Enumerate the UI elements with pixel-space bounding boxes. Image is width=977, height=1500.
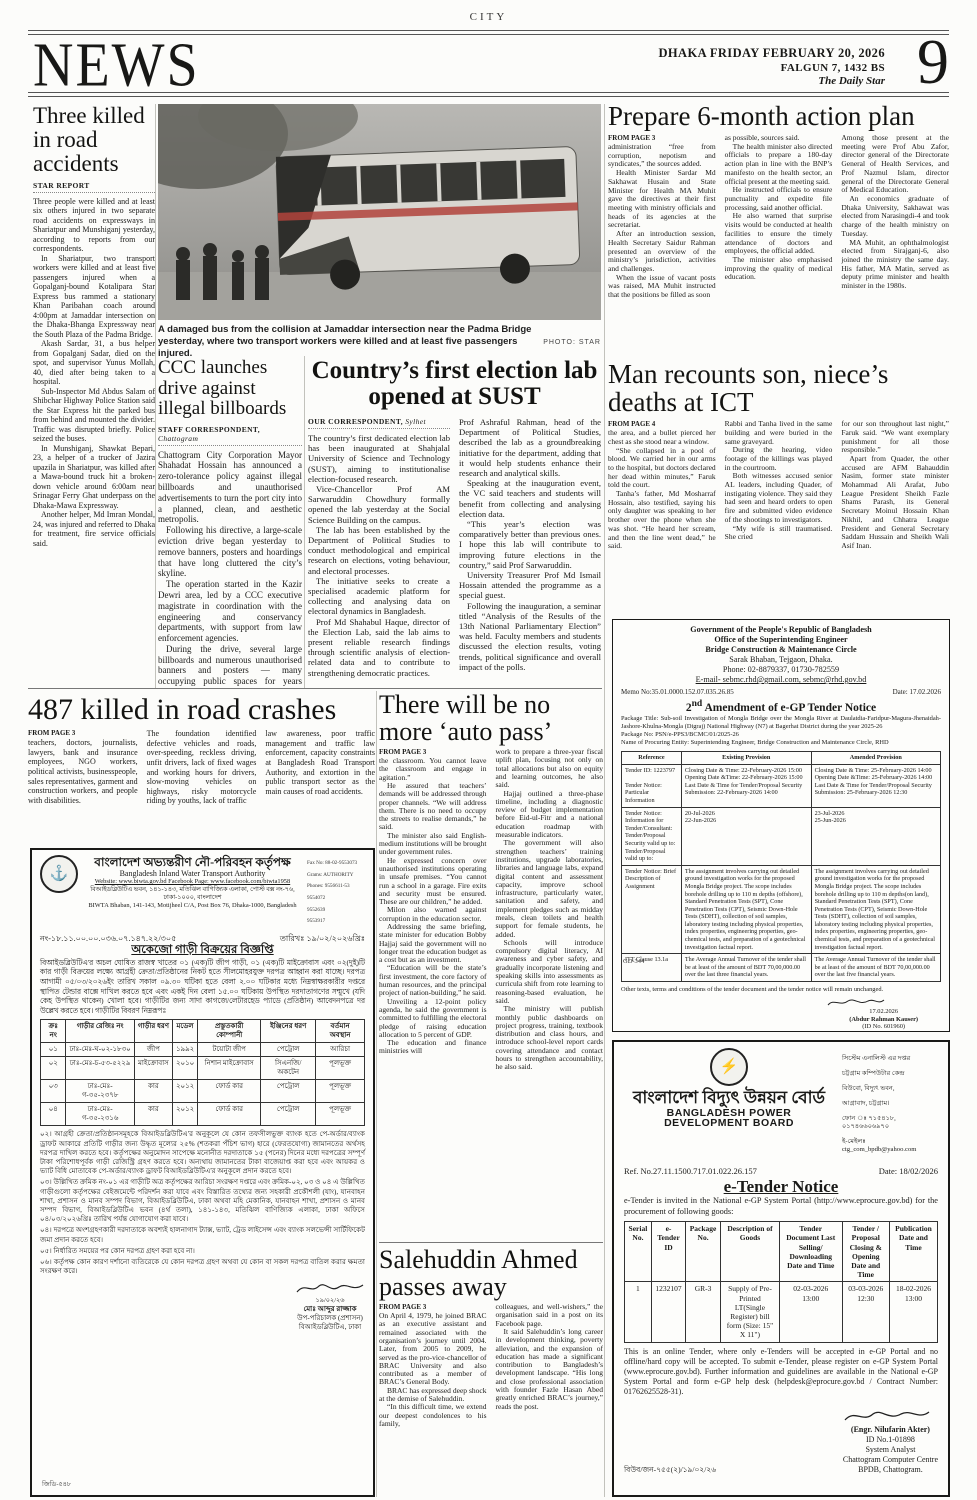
paragraph: The ministry will publish monthly public… xyxy=(496,1005,604,1071)
paragraph: The minister also said English-medium in… xyxy=(379,832,487,857)
article-column: for our son throughout last night,” Faru… xyxy=(841,420,949,551)
paragraph: Health Minister Sardar Md Sakhawat Husai… xyxy=(608,169,716,230)
paragraph: The minister also emphasised improving t… xyxy=(725,256,833,282)
table-cell: ঢাঃ-মেঃ-ঘ-০২-১৮৩০ xyxy=(66,1043,134,1057)
article-body: as possible, sources said.The health min… xyxy=(725,134,833,282)
notice-title: e-Tender Notice xyxy=(624,1182,938,1192)
paragraph: administration “free from corruption, ne… xyxy=(608,143,716,169)
article-body: for our son throughout last night,” Faru… xyxy=(841,420,949,551)
article-column: Prof Ashraful Rahman, head of the Depart… xyxy=(459,417,601,672)
article-column: The foundation identified defective vehi… xyxy=(147,729,257,806)
article-body: Three people were killed and at least si… xyxy=(33,197,155,549)
article-body: teachers, doctors, journalists, lawyers,… xyxy=(28,738,138,805)
org-name-en: BANGLADESH POWER DEVELOPMENT BOARD xyxy=(624,1108,834,1128)
paragraph: ০৬। কর্তৃপক্ষ কোন কারণ দর্শানো ব্যতিরেকে… xyxy=(40,1258,365,1276)
paragraph: ই-মেইলঃ ctg_com_bpdb@yahoo.com xyxy=(842,1138,938,1155)
paragraph: “This year’s election was comparatively … xyxy=(459,519,601,570)
signatory-office: Chattogram Computer Centre xyxy=(843,1455,938,1465)
goods-table: Serial No.e-Tender IDPackage No.Descript… xyxy=(624,1221,938,1342)
paragraph: Grams: AUTHORITY xyxy=(307,872,365,878)
headline: Country’s first election lab opened at S… xyxy=(308,358,601,410)
table-cell: 02-03-202613:00 xyxy=(779,1282,842,1342)
table-cell: 18-02-202613:00 xyxy=(889,1282,937,1342)
egp-amendment-notice: Government of the People's Republic of B… xyxy=(612,619,950,1032)
paragraph: Among those present at the meeting were … xyxy=(841,134,949,195)
paragraph: The foundation identified defective vehi… xyxy=(147,729,257,806)
paragraph: “In this difficult time, we extend our d… xyxy=(379,1403,487,1428)
table-header-cell: Tender / Proposal Closing & Opening Date… xyxy=(842,1222,889,1282)
signatory-id: (ID No. 601960) xyxy=(826,1023,941,1031)
table-cell: ০১ xyxy=(41,1043,66,1057)
headline: Prepare 6-month action plan xyxy=(608,102,949,130)
signatory-role: Superintending Engineer, RHD (C.C) xyxy=(826,1031,941,1032)
paragraph: work to prepare a three-year fiscal upli… xyxy=(496,748,604,789)
caption-text: A damaged bus from the collision at Jama… xyxy=(158,324,531,359)
memo-date: তারিখঃ ১৯/০২/২০২৬খ্রিঃ xyxy=(280,934,365,943)
paragraph: “My wife is still traumatised. She cried xyxy=(725,525,833,542)
paragraph: 9553917 xyxy=(307,918,365,924)
org-contact-block: Fax No: 88-02-9553073Grams: AUTHORITYPho… xyxy=(307,855,365,930)
byline-text: STAFF CORRESPONDENT, xyxy=(158,425,260,434)
signature-date: ১৯/০২/২৬ xyxy=(295,1296,365,1305)
article-three-killed: Three killed in road accidents STAR REPO… xyxy=(33,104,155,690)
paragraph: Akash Sardar, 31, a bus helper from Gopa… xyxy=(33,339,155,387)
conditions-list: ০২। আগ্রহী ক্রেতা/প্রতিষ্ঠানসমূহকে বিআইড… xyxy=(40,1130,365,1276)
article-column: FROM PAGE 3 the classroom. You cannot le… xyxy=(379,748,487,1056)
signature-scribble xyxy=(826,996,886,1008)
paragraph: He expressed concern over unauthorised i… xyxy=(379,857,487,907)
paragraph: He instructed officials to ensure punctu… xyxy=(725,186,833,212)
unchanged-note: Other texts, terms and conditions of the… xyxy=(621,986,941,994)
article-body: administration “free from corruption, ne… xyxy=(608,143,716,300)
table-row: 11232107GR-3Supply of Pre-Printed LT(Sin… xyxy=(625,1282,938,1342)
table-cell: কার xyxy=(134,1080,172,1103)
paragraph: আগ্রাবাদ, চট্টগ্রাম। xyxy=(842,1100,938,1108)
paragraph: “She collapsed in a pool of blood. We ca… xyxy=(608,447,716,491)
table-cell: ২০১২ xyxy=(172,1103,197,1126)
article-body: Rabbi and Tanha lived in the same buildi… xyxy=(725,420,833,542)
org-address-bn: বিআইডব্লিউটিএ ভবন, ১৪১-১৪৩, মতিঝিল বাণিজ… xyxy=(84,886,301,902)
table-cell: Tender Notice: Information for Tender/Co… xyxy=(622,807,682,865)
paragraph: Following the inauguration, a seminar ti… xyxy=(459,601,601,672)
online-tender-note: This is an online Tender, where only e-T… xyxy=(624,1347,938,1397)
table-row: ITT Clause 13.1aThe Average Annual Turno… xyxy=(622,954,941,982)
article-auto-pass: There will be no more ‘auto pass’ FROM P… xyxy=(379,691,603,1239)
table-header-cell: মডেল xyxy=(172,1020,197,1043)
package-number: Package No: PSN/e-PPS3/BCMC/01/2025-26 xyxy=(621,731,941,739)
office-line: Office of the Superintending Engineer xyxy=(621,635,941,645)
table-cell: The assignment involves carrying out det… xyxy=(681,865,811,954)
paragraph: teachers, doctors, journalists, lawyers,… xyxy=(28,738,138,805)
memo-number: Memo No:35.01.0000.152.07.035.26.85 xyxy=(621,688,734,697)
paragraph: colleagues, and well-wishers,” the organ… xyxy=(496,1303,604,1328)
column-rule xyxy=(604,104,605,1497)
headline: Salehuddin Ahmed passes away xyxy=(379,1246,603,1300)
article-column: colleagues, and well-wishers,” the organ… xyxy=(496,1303,604,1411)
paragraph: When the issue of vacant posts was raise… xyxy=(608,274,716,300)
table-header-cell: Existing Provision xyxy=(681,752,811,765)
article-body: Among those present at the meeting were … xyxy=(841,134,949,291)
article-ccc-billboards: CCC launches drive against illegal billb… xyxy=(158,358,302,688)
section-rule xyxy=(379,1242,603,1243)
table-header-cell: প্রস্তুতকারী কোম্পানী xyxy=(198,1020,261,1043)
photo-credit: PHOTO: STAR xyxy=(543,337,601,349)
paragraph: ০৪। দরপত্রে অংশগ্রহণকারী দরদাতাকে অবশ্যই… xyxy=(40,1226,365,1244)
paragraph: the classroom. You cannot leave the clas… xyxy=(379,757,487,782)
paragraph: Prof Md Shahabul Haque, director of the … xyxy=(308,617,450,678)
table-cell: Tender ID: 1223797Tender Notice: Particu… xyxy=(622,764,682,807)
table-row: ০২ঢাঃ-মেঃ-চ-৫৩-৫২২৯মাইক্রোবাস২০১০নিশান ম… xyxy=(41,1057,365,1080)
paragraph: It said Salehuddin’s long career in deve… xyxy=(496,1328,604,1411)
continued-from: FROM PAGE 3 xyxy=(608,134,716,142)
ref-date: Date: 18/02/2026 xyxy=(879,1166,938,1176)
paragraph: The government will also strengthen teac… xyxy=(496,839,604,939)
table-header-cell: Publication Date and Time xyxy=(889,1222,937,1282)
paragraph: The operation started in the Kazir Dewri… xyxy=(158,579,302,644)
article-column: law awareness, poor traffic management a… xyxy=(265,729,375,796)
paragraph: the area, and a bullet pierced her chest… xyxy=(608,429,716,446)
circle-line: Bridge Construction & Maintenance Circle xyxy=(621,645,941,655)
paragraph: ০৩। উল্লিখিত ক্রমিক নং-০১ এর গাড়ীটি অত্… xyxy=(40,1178,365,1224)
paragraph: MA Muhit, an ophthalmologist elected fro… xyxy=(841,239,949,291)
continued-from: FROM PAGE 4 xyxy=(608,420,716,428)
byline: STAFF CORRESPONDENT, Chattogram xyxy=(158,425,302,446)
anchor-icon: ⚓ xyxy=(50,870,69,879)
column-rule xyxy=(304,356,305,688)
article-body: work to prepare a three-year fiscal upli… xyxy=(496,748,604,1072)
gd-number: GD-344 xyxy=(623,958,644,967)
paragraph: Three people were killed and at least si… xyxy=(33,197,155,254)
paragraph: After an introduction session, Health Se… xyxy=(608,230,716,274)
table-cell: Supply of Pre-Printed LT(Single Register… xyxy=(720,1282,779,1342)
table-cell: ০৩ xyxy=(41,1080,66,1103)
paragraph: 9552639 xyxy=(307,907,365,913)
amendment-table: ReferenceExisting ProvisionAmended Provi… xyxy=(621,751,941,982)
column-rule xyxy=(376,691,377,1497)
paragraph: Sub-Inspector Md Abdus Salam of Shibchar… xyxy=(33,387,155,444)
paragraph: Addressing the same briefing, state mini… xyxy=(379,923,487,964)
gov-line: Government of the People's Republic of B… xyxy=(621,625,941,635)
paragraph: He also warned that surprise visits woul… xyxy=(725,212,833,256)
table-cell: ০৪ xyxy=(41,1103,66,1126)
article-election-lab: Country’s first election lab opened at S… xyxy=(308,358,601,688)
continued-from: FROM PAGE 3 xyxy=(28,729,138,737)
paragraph: “Education will be the state’s first inv… xyxy=(379,964,487,997)
table-cell: ফোর্ড কার xyxy=(198,1103,261,1126)
paragraph: Speaking at the inauguration event, the … xyxy=(459,478,601,519)
lightning-icon: ⚡ xyxy=(720,1062,739,1072)
paragraph: In Shariatpur, two transport workers wer… xyxy=(33,254,155,340)
table-header-cell: ইঞ্জিনের ধরণ xyxy=(261,1020,316,1043)
biwta-auction-notice: ⚓ বাংলাদেশ অভ্যন্তরীণ নৌ-পরিবহন কর্তৃপক্… xyxy=(30,848,375,1497)
notice-title: 2nd Amendment of e-GP Tender Notice xyxy=(621,700,941,712)
paragraph: Milon also warned against corruption in … xyxy=(379,906,487,923)
table-cell: ২০১২ xyxy=(172,1080,197,1103)
table-cell: পূলভূক্ত xyxy=(316,1057,365,1080)
table-cell: 1232107 xyxy=(651,1282,685,1342)
headline: There will be no more ‘auto pass’ xyxy=(379,691,603,745)
paragraph: During the drive, several large billboar… xyxy=(158,644,302,688)
table-row: ০৪ঢাঃ-মেঃ-গ-৩৫-২৩১৬কার২০১২ফোর্ড কারপেট্র… xyxy=(41,1103,365,1126)
table-header-cell: ক্রঃ নং xyxy=(41,1020,66,1043)
article-body: the area, and a bullet pierced her chest… xyxy=(608,429,716,551)
news-photo xyxy=(158,104,601,320)
table-header-cell: Amended Provision xyxy=(811,752,940,765)
paragraph: He assured that teachers’ demands will b… xyxy=(379,782,487,832)
headline: 487 killed in road crashes xyxy=(28,694,375,725)
paragraph: Following his directive, a large-scale e… xyxy=(158,525,302,579)
photo-caption: PHOTO: STAR A damaged bus from the colli… xyxy=(158,324,601,360)
article-column: as possible, sources said.The health min… xyxy=(725,134,833,282)
paragraph: The country’s first dedicated election l… xyxy=(308,433,450,484)
paragraph: Vice-Chancellor Prof AM Sarwaruddin Chow… xyxy=(308,484,450,525)
signatory-name: মোঃ আব্দুর রাজ্জাক xyxy=(295,1305,365,1314)
table-cell: ঢাঃ-মেঃ-গ-৩৫-২৩৭৮ xyxy=(66,1080,134,1103)
table-header-cell: বর্তমান অবস্থান xyxy=(316,1020,365,1043)
bus-crash-illustration xyxy=(158,104,601,320)
org-address-en: BIWTA Bhaban, 141-143, Motijheel C/A, Po… xyxy=(84,902,301,910)
paragraph: The initiative seeks to create a special… xyxy=(308,576,450,617)
article-salehuddin-obituary: Salehuddin Ahmed passes away FROM PAGE 3… xyxy=(379,1246,603,1496)
title-ordinal: nd xyxy=(692,698,703,709)
paragraph: During the hearing, video footage of the… xyxy=(725,446,833,472)
table-cell: কার xyxy=(134,1103,172,1126)
headline: Man recounts son, niece’s deaths at ICT xyxy=(608,360,949,416)
table-cell: Closing Date & Time: 22-February-2026 15… xyxy=(681,764,811,807)
org-web-line: Website: www.biwta.gov.bd Facebook Page:… xyxy=(84,878,301,886)
table-cell: ঢাঃ-মেঃ-গ-৩৫-২৩১৬ xyxy=(66,1103,134,1126)
continued-from: FROM PAGE 3 xyxy=(379,748,487,756)
table-cell: পেট্রোল xyxy=(261,1103,316,1126)
paragraph: law awareness, poor traffic management a… xyxy=(265,729,375,796)
article-body: The foundation identified defective vehi… xyxy=(147,729,257,806)
paragraph: University Treasurer Prof Md Ismail Hoss… xyxy=(459,570,601,601)
table-cell: GR-3 xyxy=(686,1282,721,1342)
table-header-cell: গাড়ীর ধরণ xyxy=(134,1020,172,1043)
paragraph: 9554072 xyxy=(307,895,365,901)
signatory-role: System Analyst xyxy=(843,1445,938,1455)
article-column: FROM PAGE 3 administration “free from co… xyxy=(608,134,716,300)
paragraph: Both witnesses accused senior AL leaders… xyxy=(725,472,833,524)
org-name-en: Bangladesh Inland Water Transport Author… xyxy=(84,869,301,878)
table-cell: ফোর্ড কার xyxy=(198,1080,261,1103)
article-body: colleagues, and well-wishers,” the organ… xyxy=(496,1303,604,1411)
article-column: work to prepare a three-year fiscal upli… xyxy=(496,748,604,1072)
signature-block: ১৯/০২/২৬ মোঃ আব্দুর রাজ্জাক উপ-পরিচালক (… xyxy=(295,1280,365,1332)
paragraph: সিস্টেম এনালিস্ট এর দপ্তর xyxy=(842,1055,938,1063)
table-cell: নিশান মাইক্রোবাস xyxy=(198,1057,261,1080)
table-cell: আরিচা xyxy=(316,1043,365,1057)
table-cell: The assignment involves carrying out det… xyxy=(811,865,940,954)
table-cell: The Average Annual Turnover of the tende… xyxy=(811,954,940,982)
table-cell: 03-03-202612:30 xyxy=(842,1282,889,1342)
table-row: ০৩ঢাঃ-মেঃ-গ-৩৫-২৩৭৮কার২০১২ফোর্ড কারপেট্র… xyxy=(41,1080,365,1103)
signatory-name: (Engr. Nilufarin Akter) xyxy=(843,1425,938,1435)
table-header-cell: e-Tender ID xyxy=(651,1222,685,1282)
paragraph: The health minister also directed offici… xyxy=(725,143,833,187)
paragraph: An economics graduate of Dhaka Universit… xyxy=(841,195,949,239)
gd-number: জিডি-৫৪৮ xyxy=(42,1480,71,1489)
table-cell: ০২ xyxy=(41,1057,66,1080)
signatory-role: উপ-পরিচালক (প্রশাসন) xyxy=(295,1314,365,1323)
newspaper-page: CITY NEWS DHAKA FRIDAY FEBRUARY 20, 2026… xyxy=(0,0,977,1500)
signatory-org: বিআইডব্লিউটিএ, ঢাকা xyxy=(295,1323,365,1332)
table-cell: পেট্রোল xyxy=(261,1043,316,1057)
paper-name: The Daily Star xyxy=(658,75,885,89)
biwta-logo-icon: ⚓ xyxy=(40,855,78,893)
table-cell: 20-Jul-202622-Jun-2026 xyxy=(681,807,811,865)
org-name-bn: বাংলাদেশ অভ্যন্তরীণ নৌ-পরিবহন কর্তৃপক্ষ xyxy=(84,855,301,869)
address-line: Sarak Bhaban, Tejgaon, Dhaka. xyxy=(621,655,941,665)
table-cell: মাইক্রোবাস xyxy=(134,1057,172,1080)
signature-date: 17.02.2026 xyxy=(826,1008,941,1016)
package-title: Package Title: Sub-soil Investigation of… xyxy=(621,715,941,731)
masthead: NEWS xyxy=(33,34,200,97)
table-cell: ১৯৯২ xyxy=(172,1043,197,1057)
article-column: Rabbi and Tanha lived in the same buildi… xyxy=(725,420,833,542)
paragraph: Phones: 9556611-53 xyxy=(307,883,365,889)
page-number: 9 xyxy=(917,30,949,94)
article-road-crashes: 487 killed in road crashes FROM PAGE 3 t… xyxy=(28,694,375,844)
paragraph: Tanha’s father, Md Mosharraf Hossain, al… xyxy=(608,490,716,551)
paragraph: The education and finance ministries wil… xyxy=(379,1039,487,1056)
article-body: The country’s first dedicated election l… xyxy=(308,433,450,678)
paragraph: Rabbi and Tanha lived in the same buildi… xyxy=(725,420,833,446)
memo-date: Date: 17.02.2026 xyxy=(893,688,941,697)
paragraph: for our son throughout last night,” Faru… xyxy=(841,420,949,455)
bn-ref-number: বিউব/জন-৭৫৫(২)/১৯/০২/২৬ xyxy=(624,1465,716,1475)
article-body: the classroom. You cannot leave the clas… xyxy=(379,757,487,1056)
section-label: CITY xyxy=(0,11,977,23)
byline-text: OUR CORRESPONDENT, xyxy=(308,417,403,426)
paragraph: ০৫। নির্ধারিত সময়ের পর কোন দরপত্র গ্রহণ… xyxy=(40,1247,365,1256)
table-cell: ২০১০ xyxy=(172,1057,197,1080)
header-bottom-rule xyxy=(28,92,949,97)
table-header-cell: Package No. xyxy=(686,1222,721,1282)
notice-intro: e-Tender is invited in the National e-GP… xyxy=(624,1196,938,1217)
paragraph: Schools will introduce compulsory digita… xyxy=(496,939,604,1005)
article-body: Chattogram City Corporation Mayor Shahad… xyxy=(158,450,302,688)
table-cell: টয়োটা জীপ xyxy=(198,1043,261,1057)
signatory-id: ID No.1-01898 xyxy=(843,1435,938,1445)
byline: STAR REPORT xyxy=(33,181,155,193)
table-cell: 23-Jul-202625-Jun-2026 xyxy=(811,807,940,865)
table-header-cell: গাড়ীর রেজিঃ নং xyxy=(66,1020,134,1043)
paragraph: Prof Ashraful Rahman, head of the Depart… xyxy=(459,417,601,478)
org-name-bn: বাংলাদেশ বিদ্যুৎ উন্নয়ন বোর্ড xyxy=(624,1088,834,1108)
paragraph: Another helper, Md Imran Mondal, 24, was… xyxy=(33,510,155,548)
table-cell: Tender Notice: Brief Description of Assi… xyxy=(622,865,682,954)
table-cell: পূলভূক্ত xyxy=(316,1103,365,1126)
byline-place: Chattogram xyxy=(158,434,198,443)
table-row: ০১ঢাঃ-মেঃ-ঘ-০২-১৮৩০জীপ১৯৯২টয়োটা জীপপেট্… xyxy=(41,1043,365,1057)
table-header-cell: Tender Document Last Selling/ Downloadin… xyxy=(779,1222,842,1282)
table-cell: জীপ xyxy=(134,1043,172,1057)
signatory-name: (Abdur Rahman Kauser) xyxy=(826,1016,941,1024)
ref-number: Ref. No.27.11.1500.717.01.022.26.157 xyxy=(624,1166,757,1176)
article-column: Among those present at the meeting were … xyxy=(841,134,949,291)
headline: CCC launches drive against illegal billb… xyxy=(158,358,302,420)
paragraph: Apart from Quader, the other accused are… xyxy=(841,455,949,551)
vehicle-table: ক্রঃ নংগাড়ীর রেজিঃ নংগাড়ীর ধরণমডেলপ্রস… xyxy=(40,1019,365,1126)
table-cell: Closing Date & Time: 25-February-2026 14… xyxy=(811,764,940,807)
table-row: Tender Notice: Information for Tender/Co… xyxy=(622,807,941,865)
article-action-plan: Prepare 6-month action plan FROM PAGE 3 … xyxy=(608,102,949,358)
table-cell: ঢাঃ-মেঃ-চ-৫৩-৫২২৯ xyxy=(66,1057,134,1080)
paragraph: The lab has been established by the Depa… xyxy=(308,525,450,576)
table-cell: পেট্রোল xyxy=(261,1080,316,1103)
bpdb-etender-notice: ⚡ বাংলাদেশ বিদ্যুৎ উন্নয়ন বোর্ড BANGLAD… xyxy=(612,1040,950,1497)
article-column: FROM PAGE 3 teachers, doctors, journalis… xyxy=(28,729,138,805)
signature-scribble xyxy=(843,1407,931,1425)
title-text: Amendment of e-GP Tender Notice xyxy=(702,701,876,713)
article-body: On April 4, 1979, he joined BRAC as an e… xyxy=(379,1312,487,1428)
paragraph: Hajjaj outlined a three-phase timeline, … xyxy=(496,790,604,840)
paragraph: চট্টগ্রাম কম্পিউটার কেন্দ্র xyxy=(842,1070,938,1078)
email-line: E-mail- sebmc.rhd@gmail.com, sebmc@rhd.g… xyxy=(621,675,941,685)
paragraph: On April 4, 1979, he joined BRAC as an e… xyxy=(379,1312,487,1387)
table-header-cell: Description of Goods xyxy=(720,1222,779,1282)
org-contact-block: সিস্টেম এনালিস্ট এর দপ্তরচট্টগ্রাম কম্পি… xyxy=(842,1048,938,1161)
notice-intro: বিআইডব্লিউটিএ'র অচল ঘোষিত রাজস্ব খাতের ০… xyxy=(40,958,365,1016)
paragraph: BRAC has expressed deep shock at the dem… xyxy=(379,1387,487,1404)
bpdb-logo-icon: ⚡ xyxy=(710,1048,748,1086)
table-cell: সিএনজি/অকটেন xyxy=(261,1057,316,1080)
article-column: OUR CORRESPONDENT, Sylhet The country’s … xyxy=(308,417,450,678)
table-row: Tender Notice: Brief Description of Assi… xyxy=(622,865,941,954)
article-column: FROM PAGE 4 the area, and a bullet pierc… xyxy=(608,420,716,551)
paragraph: ০২। আগ্রহী ক্রেতা/প্রতিষ্ঠানসমূহকে বিআইড… xyxy=(40,1130,365,1176)
article-ict-deaths: Man recounts son, niece’s deaths at ICT … xyxy=(608,360,949,612)
table-header-cell: Serial No. xyxy=(625,1222,652,1282)
table-cell: 1 xyxy=(625,1282,652,1342)
paragraph: Fax No: 88-02-9553073 xyxy=(307,860,365,866)
continued-from: FROM PAGE 3 xyxy=(379,1303,487,1311)
memo-number: নং-১৮.১১.০০.০০.০৩৬.০৭.১৪৭.২২/৩০৫ xyxy=(40,934,176,943)
paragraph: In Munshiganj, Shawkat Bepari, 23, a hel… xyxy=(33,444,155,511)
paragraph: Chattogram City Corporation Mayor Shahad… xyxy=(158,450,302,526)
issue-info: DHAKA FRIDAY FEBRUARY 20, 2026 FALGUN 7,… xyxy=(658,46,885,89)
column-rule xyxy=(155,104,156,688)
signature-scribble xyxy=(295,1280,365,1296)
article-column: FROM PAGE 3 On April 4, 1979, he joined … xyxy=(379,1303,487,1428)
table-header-cell: Reference xyxy=(622,752,682,765)
procuring-entity: Name of Procuring Entity: Superintending… xyxy=(621,739,941,747)
table-row: Tender ID: 1223797Tender Notice: Particu… xyxy=(622,764,941,807)
bangla-date-line: FALGUN 7, 1432 BS xyxy=(658,62,885,76)
article-body: Prof Ashraful Rahman, head of the Depart… xyxy=(459,417,601,672)
headline: Three killed in road accidents xyxy=(33,104,155,176)
signature-block: (Engr. Nilufarin Akter) ID No.1-01898 Sy… xyxy=(843,1407,938,1475)
byline: OUR CORRESPONDENT, Sylhet xyxy=(308,417,450,429)
signatory-org: BPDB, Chattogram. xyxy=(843,1465,938,1475)
byline-place: Sylhet xyxy=(405,417,426,426)
paragraph: বিউবো, বিদ্যুৎ ভবন, xyxy=(842,1085,938,1093)
table-cell: The Average Annual Turnover of the tende… xyxy=(681,954,811,982)
article-body: law awareness, poor traffic management a… xyxy=(265,729,375,796)
date-line: DHAKA FRIDAY FEBRUARY 20, 2026 xyxy=(658,46,885,62)
phone-line: Phone: 02-8879337, 01730-782559 xyxy=(621,665,941,675)
paragraph: ফোন ঃ ৭১৫৪১৮, ০১৭৪৬৬০৬৯৭০ xyxy=(842,1115,938,1132)
table-cell: পূলভূক্ত xyxy=(316,1080,365,1103)
paragraph: Unveiling a 12-point policy agenda, he s… xyxy=(379,998,487,1039)
signature-block: 17.02.2026 (Abdur Rahman Kauser) (ID No.… xyxy=(826,996,941,1032)
notice-title: অকেজো গাড়ী বিক্রয়ের বিজ্ঞপ্তি xyxy=(40,946,365,955)
